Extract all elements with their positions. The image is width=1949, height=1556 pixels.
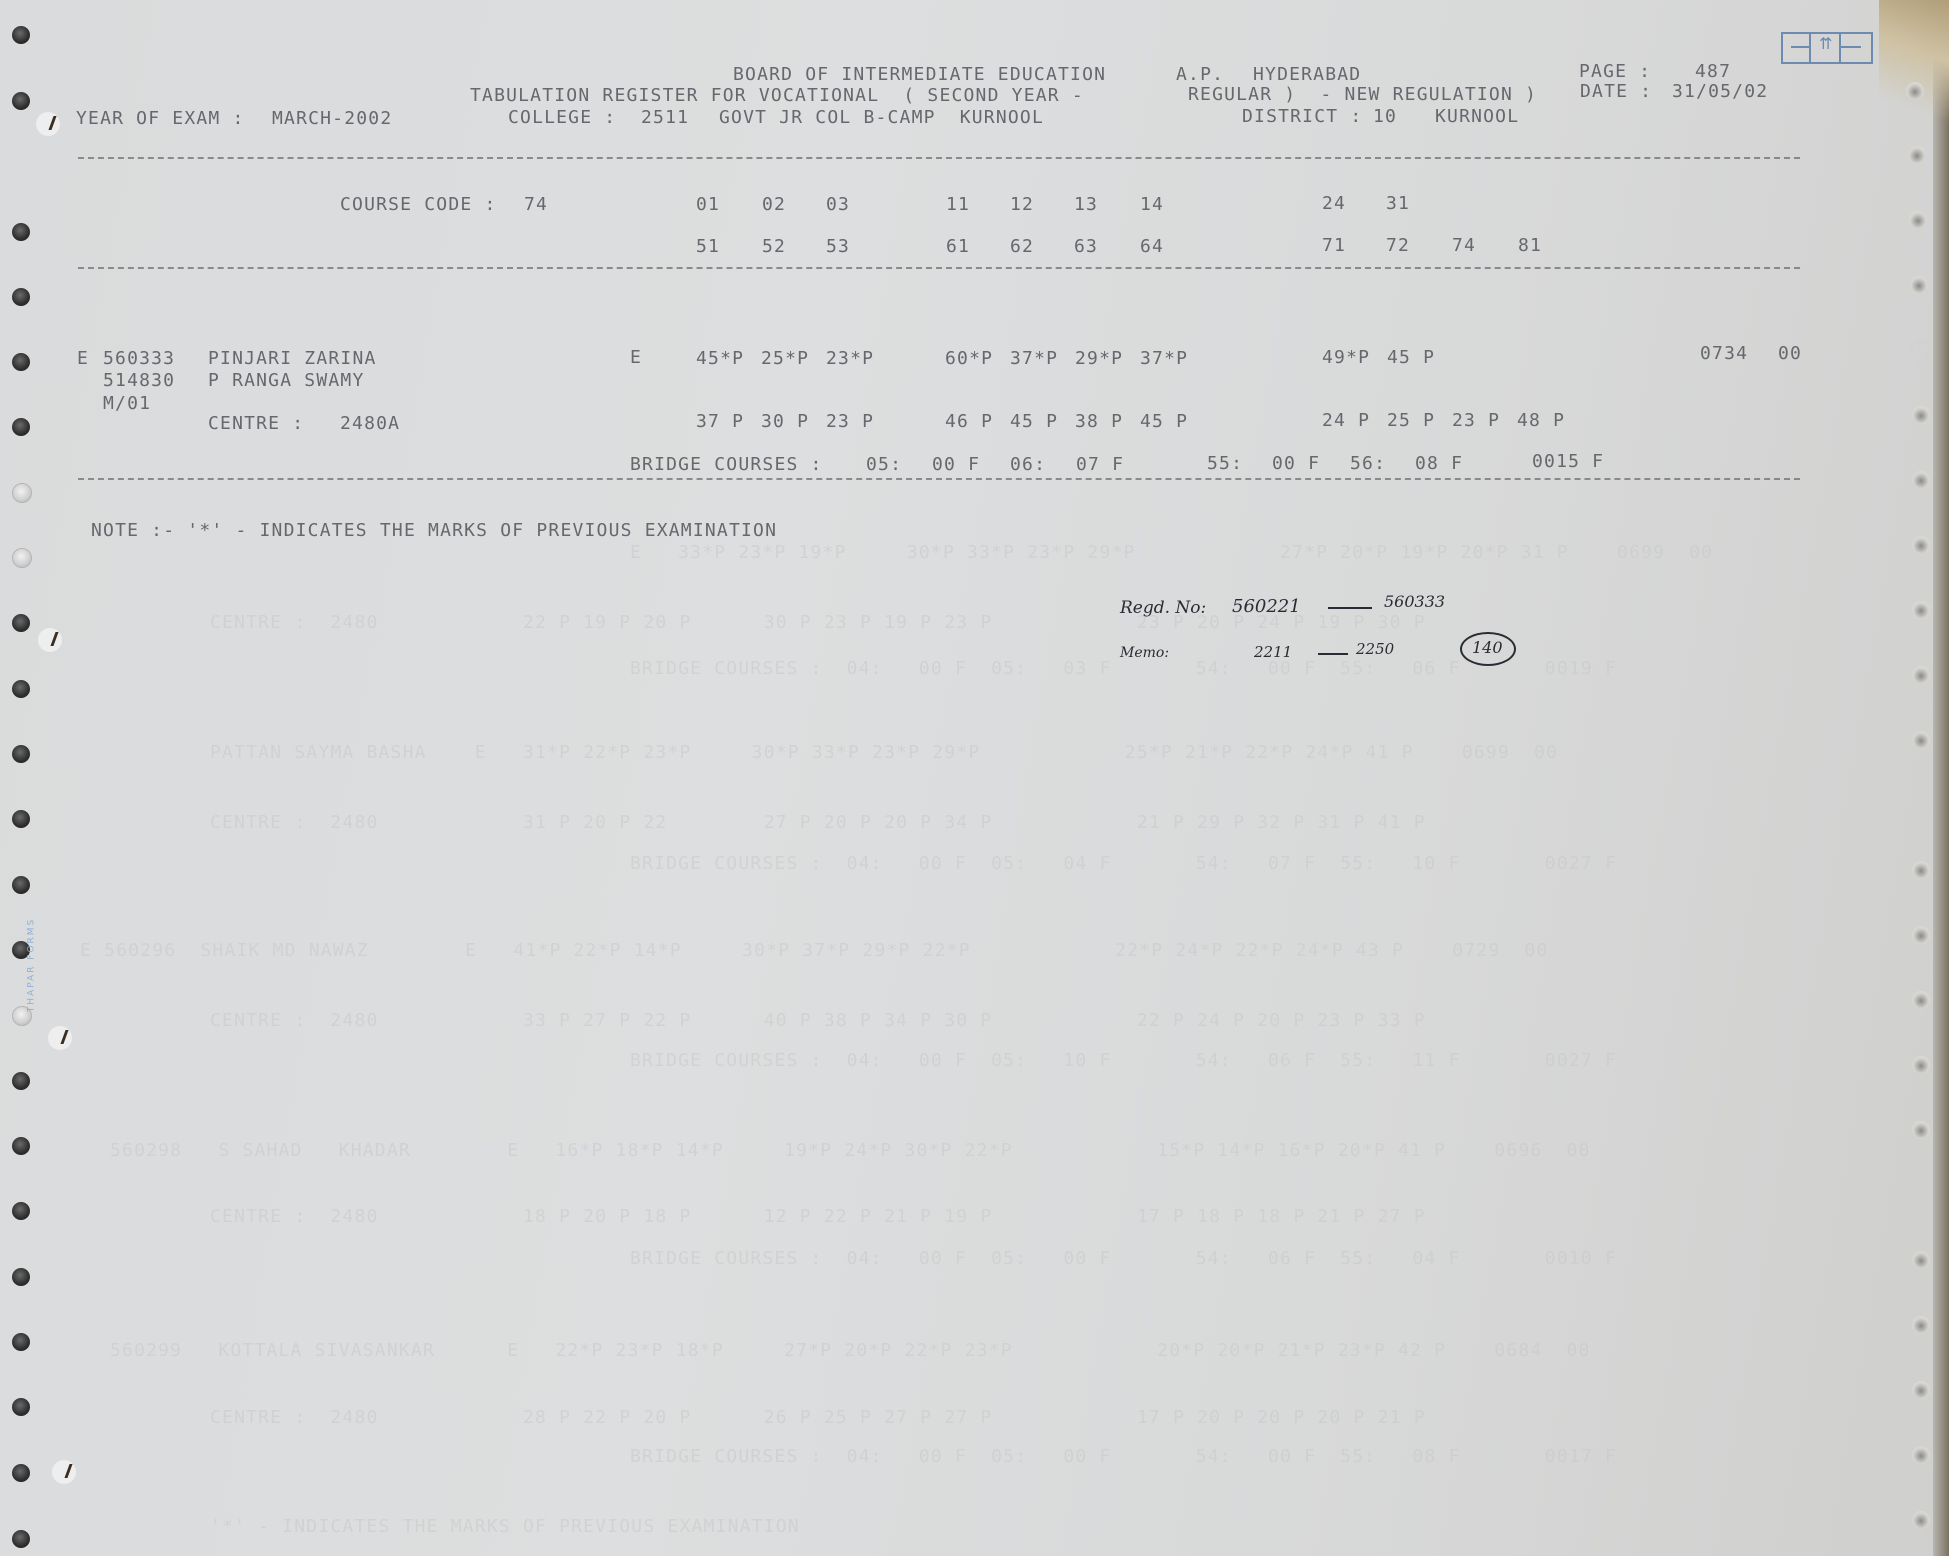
father-code: 514830 (103, 372, 175, 390)
tractor-hole-icon (1912, 1251, 1930, 1269)
result-code: E (630, 349, 642, 367)
tractor-hole-icon (1912, 1511, 1930, 1529)
subject-code: 53 (826, 238, 850, 256)
tractor-hole-icon (12, 1398, 30, 1416)
page-label: PAGE : (1579, 63, 1651, 81)
subject-code: 14 (1140, 196, 1164, 214)
bridge-mark: 08 F (1415, 455, 1463, 473)
bridge-code: 56: (1350, 455, 1386, 473)
paper-tear-icon (36, 112, 60, 136)
tractor-hole-icon (12, 1333, 30, 1351)
form-imprint: THAPAR FORMS (26, 918, 36, 1013)
subject-code: 52 (762, 238, 786, 256)
centre-label: CENTRE : (208, 415, 304, 433)
form-stamp-box: ⇈ (1781, 32, 1873, 64)
tractor-hole-icon (12, 1530, 30, 1548)
regulation-text: REGULAR ) - NEW REGULATION ) (1188, 86, 1537, 104)
mark: 24 P (1322, 412, 1370, 430)
subject-code: 11 (946, 196, 970, 214)
tractor-hole-icon (1910, 276, 1928, 294)
board-state: A.P. (1176, 66, 1224, 84)
handwritten-value: 2250 (1356, 640, 1394, 658)
mark: 49*P (1322, 349, 1370, 367)
tractor-hole-icon (12, 876, 30, 894)
subject-code: 03 (826, 196, 850, 214)
subject-code: 64 (1140, 238, 1164, 256)
subject-code: 24 (1322, 195, 1346, 213)
tractor-hole-icon (1912, 926, 1930, 944)
total-suffix: 00 (1778, 345, 1802, 363)
mark: 25*P (761, 350, 809, 368)
mark: 45*P (696, 350, 744, 368)
mark: 48 P (1517, 412, 1565, 430)
mark: 23 P (826, 413, 874, 431)
hall-ticket-number: 560333 (103, 350, 175, 368)
tractor-hole-icon (1912, 1121, 1930, 1139)
board-city: HYDERABAD (1253, 66, 1361, 84)
subject-code: 31 (1386, 195, 1410, 213)
date-label: DATE : (1580, 83, 1652, 101)
up-arrow-icon: ⇈ (1819, 36, 1832, 52)
tractor-hole-icon (1911, 341, 1931, 361)
mark: 38 P (1075, 413, 1123, 431)
course-code-value: 74 (524, 196, 548, 214)
subject-code: 61 (946, 238, 970, 256)
tractor-hole-icon (1912, 1446, 1930, 1464)
tractor-hole-icon (12, 483, 32, 503)
tractor-hole-icon (12, 26, 30, 44)
tractor-hole-icon (1912, 731, 1930, 749)
mark: 60*P (945, 350, 993, 368)
tractor-hole-icon (12, 810, 30, 828)
mark: 37*P (1010, 350, 1058, 368)
subject-code: 51 (696, 238, 720, 256)
tractor-hole-icon (12, 548, 32, 568)
total-marks: 0734 (1700, 345, 1748, 363)
mark: 30 P (761, 413, 809, 431)
tabulation-register-page: THAPAR FORMS ⇈ BOARD OF INTERMEDIATE EDU… (0, 0, 1949, 1556)
report-title: TABULATION REGISTER FOR VOCATIONAL ( SEC… (470, 87, 1084, 105)
gender-medium: M/01 (103, 395, 151, 413)
mark: 45 P (1140, 413, 1188, 431)
tractor-hole-icon (12, 1072, 30, 1090)
status-prefix: E (77, 350, 89, 368)
tractor-hole-icon (12, 1202, 30, 1220)
district-code: 10 (1373, 108, 1397, 126)
board-name: BOARD OF INTERMEDIATE EDUCATION (733, 66, 1106, 84)
bridge-mark: 00 F (1272, 455, 1320, 473)
district-label: DISTRICT : (1242, 108, 1362, 126)
tractor-hole-icon (12, 1137, 30, 1155)
tractor-hole-icon (1912, 666, 1930, 684)
tractor-hole-icon (1912, 471, 1930, 489)
district-name: KURNOOL (1435, 108, 1519, 126)
tractor-hole-icon (1912, 861, 1930, 879)
mark: 45 P (1387, 349, 1435, 367)
circled-value: 140 (1472, 638, 1503, 657)
bridge-code: 06: (1010, 456, 1046, 474)
separator-line (78, 157, 1800, 159)
bridge-mark: 07 F (1076, 456, 1124, 474)
tractor-hole-icon (12, 1464, 30, 1482)
subject-code: 81 (1518, 237, 1542, 255)
subject-code: 12 (1010, 196, 1034, 214)
father-name: P RANGA SWAMY (208, 372, 364, 390)
year-label: YEAR OF EXAM : (76, 110, 245, 128)
college-label: COLLEGE : (508, 109, 616, 127)
paper-corner-curl (1879, 0, 1949, 130)
paper-edge-shadow (1933, 0, 1949, 1556)
bridge-mark: 00 F (932, 456, 980, 474)
mark: 23 P (1452, 412, 1500, 430)
paper-tear-icon (38, 628, 62, 652)
dash-mark (1318, 653, 1348, 655)
subject-code: 63 (1074, 238, 1098, 256)
centre-code: 2480A (340, 415, 400, 433)
dash-mark (1328, 607, 1372, 609)
bridge-total: 0015 F (1532, 453, 1604, 471)
mark: 37*P (1140, 350, 1188, 368)
tractor-hole-icon (12, 418, 30, 436)
separator-line (78, 478, 1800, 480)
subject-code: 02 (762, 196, 786, 214)
paper-tear-icon (48, 1026, 72, 1050)
tractor-hole-icon (1912, 601, 1930, 619)
subject-code: 13 (1074, 196, 1098, 214)
mark: 45 P (1010, 413, 1058, 431)
footnote: NOTE :- '*' - INDICATES THE MARKS OF PRE… (91, 522, 777, 540)
tractor-hole-icon (12, 353, 30, 371)
paper-tear-icon (52, 1460, 76, 1484)
tractor-hole-icon (12, 223, 30, 241)
student-name: PINJARI ZARINA (208, 350, 377, 368)
tractor-hole-icon (12, 1268, 30, 1286)
handwritten-value: 560333 (1384, 592, 1445, 611)
mark: 46 P (945, 413, 993, 431)
bridge-courses-label: BRIDGE COURSES : (630, 456, 823, 474)
mark: 23*P (826, 350, 874, 368)
page-number: 487 (1695, 63, 1731, 81)
subject-code: 62 (1010, 238, 1034, 256)
subject-code: 01 (696, 196, 720, 214)
subject-code: 74 (1452, 237, 1476, 255)
bridge-code: 55: (1207, 455, 1243, 473)
subject-code: 71 (1322, 237, 1346, 255)
tractor-hole-icon (1912, 991, 1930, 1009)
tractor-hole-icon (1912, 536, 1930, 554)
bridge-code: 05: (866, 456, 902, 474)
tractor-hole-icon (12, 288, 30, 306)
mark: 37 P (696, 413, 744, 431)
college-name: GOVT JR COL B-CAMP KURNOOL (719, 109, 1044, 127)
tractor-hole-icon (1912, 1056, 1930, 1074)
subject-code: 72 (1386, 237, 1410, 255)
college-code: 2511 (641, 109, 689, 127)
tractor-hole-icon (12, 680, 30, 698)
exam-year: MARCH-2002 (272, 110, 392, 128)
mark: 25 P (1387, 412, 1435, 430)
tractor-hole-icon (12, 614, 30, 632)
mark: 29*P (1075, 350, 1123, 368)
tractor-hole-icon (1912, 406, 1930, 424)
separator-line (78, 267, 1800, 269)
tractor-hole-icon (1912, 1381, 1930, 1399)
report-date: 31/05/02 (1672, 83, 1768, 101)
tractor-hole-icon (1912, 1186, 1932, 1206)
tractor-hole-icon (1912, 1316, 1930, 1334)
tractor-hole-icon (1908, 146, 1926, 164)
tractor-hole-icon (1912, 796, 1932, 816)
tractor-hole-icon (12, 92, 30, 110)
course-code-label: COURSE CODE : (340, 196, 496, 214)
tractor-hole-icon (12, 745, 30, 763)
tractor-hole-icon (1909, 211, 1927, 229)
tractor-hole-icon (1906, 82, 1924, 100)
